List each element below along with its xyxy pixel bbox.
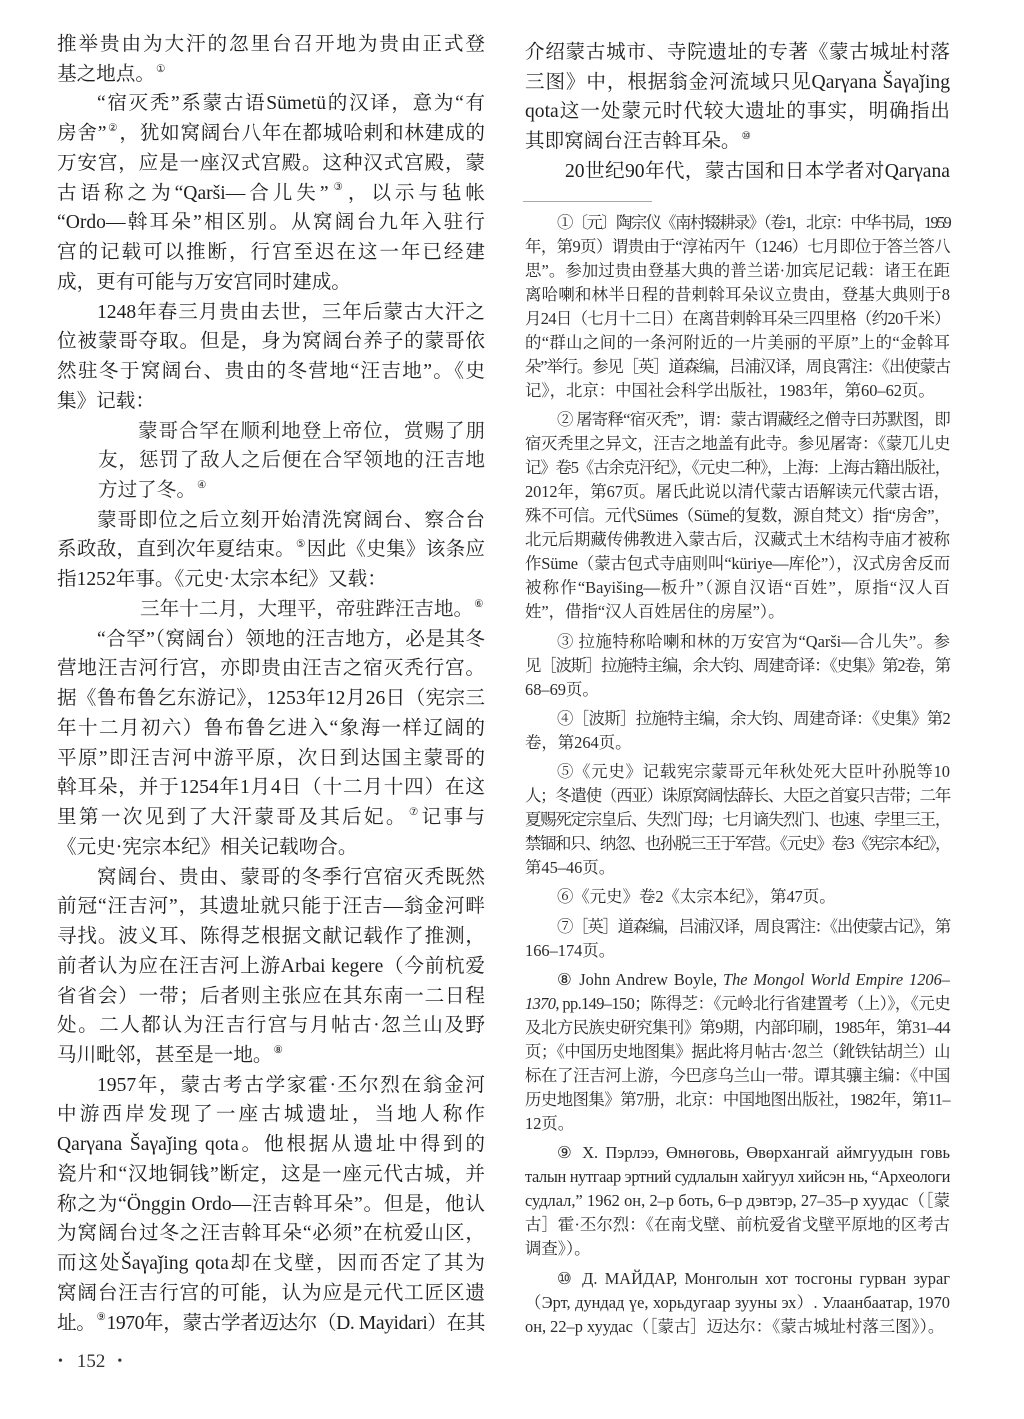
line-text: 〔元〕陶宗仪《南村辍耕录》（卷1，北京：中华书局，1959 [572,213,950,232]
text-line: ⑧ John Andrew Boyle, The Mongol World Em… [525,968,950,992]
text-line: 殊不可信。元代Sümes（Süme的复数，源自梵文）指“房舍”， [525,504,950,528]
text-line: 记》，北京：中国社会科学出版社，1983年，第60–62页。 [525,379,950,403]
line-text: qota这一处蒙元时代较大遗址的事实，明确指出 [525,101,950,122]
line-text: 12页。 [525,1114,574,1133]
line-text: 卷，第264页。 [525,733,632,752]
body-paragraph: “合罕”（窝阔台）领地的汪吉地方，必是其冬 营地汪吉河行宫，亦即贵由汪吉之宿灭秃… [57,625,485,863]
line-text: John Andrew Boyle, [573,970,723,989]
bullet-decoration: • [58,1354,63,1369]
line-text: 斡耳朵，并于1254年1月4日（十二月十四）在这 [57,777,485,798]
line-text: 处。二人都认为汪吉行宫与月帖古·忽兰山及野 [57,1015,485,1036]
footnote-reference: ⑧ [274,1045,283,1056]
footnote-reference: ① [156,64,165,75]
line-text: 见［波斯］拉施特主编，余大钧、周建奇译：《史集》第2卷，第 [525,656,950,675]
line-text: 推举贵由为大汗的忽里台召开地为贵由正式登 [57,34,485,55]
text-line: 称之为“Önggin Ordo—汪吉斡耳朵”。但是，他认 [57,1190,485,1220]
text-line: 年，第9页）谓贵由于“淳祐丙午（1246）七月即位于答兰答八 [525,235,950,259]
text-line: талын нутгаар эртний судлалын хайгуул хи… [525,1165,950,1189]
footnote: ⑥《元史》卷2《太宗本纪》，第47页。 [525,885,950,909]
text-line: 窝阔台汪吉行宫的可能，认为应是元代工匠区遗 [57,1279,485,1309]
line-text: 瓷片和“汉地铜钱”断定，这是一座元代古城，并 [57,1164,485,1185]
line-text: 宫的记载可以推断，行宫至迟在这一年已经建 [57,242,485,263]
footnote: ④［波斯］拉施特主编，余大钧、周建奇译：《史集》第2 卷，第264页。 [525,707,950,755]
line-text: 《元史·宪宗本纪》相关记载吻合。 [57,837,357,858]
book-title-italic: 1370 [525,994,555,1013]
text-line: 址。⑨1970年，蒙古学者迈达尔（D. Mayidari）在其 [57,1309,485,1339]
footnote-reference: ④ [197,480,206,491]
line-text: 记事与 [422,807,485,828]
text-line: 万安宫，应是一座汉式宫殿。这种汉式宫殿，蒙 [57,149,485,179]
footnote: ①〔元〕陶宗仪《南村辍耕录》（卷1，北京：中华书局，1959 年，第9页）谓贵由… [525,211,950,403]
line-text: 标在了汪吉河上游，今巴彦乌兰山一带。谭其骧主编：《中国 [525,1066,950,1085]
text-line: 系政敌，直到次年夏结束。⑤因此《史集》该条应 [57,535,485,565]
line-text: 三图》中，根据翁金河流域只见Qarγana Šaγaǰing [525,72,950,93]
footnote: ⑨ Х. Пэрлээ, Өмнөговь, Өвөрхангай аймгуу… [525,1141,950,1261]
line-text: 页；《中国历史地图集》据此将月帖古·忽兰（鈋铁钴胡兰）山 [525,1042,950,1061]
line-text: 年十二月初六）鲁布鲁乞进入“象海一样辽阔的 [57,718,485,739]
text-line: 蒙哥合罕在顺利地登上帝位，赏赐了朋 [57,417,485,447]
line-text: 营地汪吉河行宫，亦即贵由汪吉之宿灭秃行宫。 [57,658,485,679]
footnote-reference: ③ [330,182,347,193]
text-line: 前者认为应在汪吉河上游Arbai kegere（今前杭爱 [57,952,485,982]
text-line: 思”。参加过贵由登基大典的普兰诺·加宾尼记载：诸王在距 [525,259,950,283]
line-text: 《元史》卷2《太宗本纪》，第47页。 [573,887,835,906]
text-line: 推举贵由为大汗的忽里台召开地为贵由正式登 [57,30,485,60]
text-line: 房舍”②，犹如窝阔台八年在都城哈剌和林建成的 [57,119,485,149]
text-line: 12页。 [525,1112,950,1136]
line-text: 房舍” [57,123,106,144]
line-text: 及北方民族史研究集刊》第9期，内部印刷，1985年，第31–44 [525,1018,950,1037]
line-text: “宿灭秃”系蒙古语Sümetü的汉译，意为“有 [97,93,485,114]
text-line: qota这一处蒙元时代较大遗址的事实，明确指出 [525,97,950,127]
line-text: талын нутгаар эртний судлалын хайгуул хи… [525,1167,950,1186]
text-line: 作Süme（蒙古包式寺庙则叫“küriye—库伦”），汉式房舍反而 [525,552,950,576]
line-text: 省省会）一带；后者则主张应在其东南一二日程 [57,986,485,1007]
line-text: 寻找。波义耳、陈得芝根据文献记载作了推测， [57,926,485,947]
page-number: •152• [58,1350,122,1374]
line-text: 前冠“汪吉河”，其遗址就只能于汪吉—翁金河畔 [57,896,485,917]
text-line: 标在了汪吉河上游，今巴彦乌兰山一带。谭其骧主编：《中国 [525,1064,950,1088]
line-text: 三年十二月，大理平，帝驻跸汪吉地。 [140,599,473,620]
line-text: 前者认为应在汪吉河上游Arbai kegere（今前杭爱 [57,956,485,977]
text-line: 1248年春三月贵由去世，三年后蒙古大汗之 [57,298,485,328]
text-line: ⑤《元史》记载宪宗蒙哥元年秋处死大臣叶孙脱等10 [525,760,950,784]
text-line: 朵”举行。参见［英］道森编，吕浦汉译，周良霄注：《出使蒙古 [525,355,950,379]
text-line: ② 屠寄释“宿灭秃”，谓：蒙古谓藏经之僧寺曰苏默图，即 [525,408,950,432]
line-text: 的“群山之间的一条河附近的一片美丽的平原”上的“金斡耳 [525,333,950,352]
line-text: 马川毗邻，甚至是一地。 [57,1045,273,1066]
line-text: 拉施特称哈喇和林的万安宫为“Qarši—合儿失”。参 [574,632,950,651]
line-text: 1957年，蒙古考古学家霍·丕尔烈在翁金河 [97,1075,485,1096]
text-line: 68–69页。 [525,678,950,702]
text-line: 省省会）一带；后者则主张应在其东南一二日程 [57,982,485,1012]
line-text: судлал,” 1962 он, 2–р боть, 6–р дэвтэр, … [525,1191,950,1210]
body-paragraph: 介绍蒙古城市、寺院遗址的专著《蒙古城址村落 三图》中，根据翁金河流域只见Qarγ… [525,38,950,157]
line-text: 其即窝阔台汪吉斡耳朵。 [525,131,741,152]
line-text: 称之为“Önggin Ordo—汪吉斡耳朵”。但是，他认 [57,1194,485,1215]
text-line: 离哈喇和林半日程的昔剌斡耳朵议立贵由，登基大典则于8 [525,283,950,307]
text-line: 中游西岸发现了一座古城遗址，当地人称作 [57,1100,485,1130]
text-line: 瓷片和“汉地铜钱”断定，这是一座元代古城，并 [57,1160,485,1190]
text-line: он, 22–р хуудас（［蒙古］迈达尔：《蒙古城址村落三图》）。 [525,1315,950,1339]
text-line: 20世纪90年代，蒙古国和日本学者对Qarγana [525,157,950,187]
line-text: 记》卷5《古余克汗纪》，《元史二种》，上海：上海古籍出版社， [525,458,950,477]
text-line: ④［波斯］拉施特主编，余大钧、周建奇译：《史集》第2 [525,707,950,731]
footnote-marker: ⑤ [557,762,574,781]
line-text: 月24日（七月十二日）在离昔剌斡耳朵三四里格（约20千米） [525,309,950,328]
line-text: 友，惩罚了敌人之后便在合罕领地的汪吉地 [98,450,485,471]
footnote-marker: ④ [557,709,573,728]
text-line: 古语称之为“Qarši—合儿失”③，以示与毡帐 [57,179,485,209]
line-text: он, 22–р хуудас（［蒙古］迈达尔：《蒙古城址村落三图》）。 [525,1317,944,1336]
text-line: 被称作“Bayišing—板升”（源自汉语“百姓”，原指“汉人百 [525,576,950,600]
text-line: 宿灭秃里之异文，汪吉之地盖有此寺。参见屠寄：《蒙兀儿史 [525,432,950,456]
line-text: 调查》）。 [525,1239,591,1258]
text-line: 记》卷5《古余克汗纪》，《元史二种》，上海：上海古籍出版社， [525,456,950,480]
text-line: ①〔元〕陶宗仪《南村辍耕录》（卷1，北京：中华书局，1959 [525,211,950,235]
text-line: 姓”，借指“汉人百姓居住的房屋”）。 [525,600,950,624]
line-text: 位被蒙哥夺取。但是，身为窝阔台养子的蒙哥依 [57,331,485,352]
text-line: ⑩ Д. МАЙДАР, Монголын хот тосгоны гурван… [525,1267,950,1291]
body-paragraph: 窝阔台、贵由、蒙哥的冬季行宫宿灭秃既然 前冠“汪吉河”，其遗址就只能于汪吉—翁金… [57,863,485,1071]
line-text: 屠寄释“宿灭秃”，谓：蒙古谓藏经之僧寺曰苏默图，即 [573,410,950,429]
line-text: 朵”举行。参见［英］道森编，吕浦汉译，周良霄注：《出使蒙古 [525,357,950,376]
text-line: 1370, pp.149–150；陈得芝：《元岭北行省建置考（上）》，《元史 [525,992,950,1016]
footnote-marker: ③ [557,632,574,651]
text-line: 平原”即汪吉河中游平原，次日到达国主蒙哥的 [57,744,485,774]
line-text: 古语称之为“Qarši—合儿失” [57,183,329,204]
text-line: 寻找。波义耳、陈得芝根据文献记载作了推测， [57,922,485,952]
text-line: 马川毗邻，甚至是一地。⑧ [57,1041,485,1071]
line-text: 集》记载： [57,391,155,412]
footnote-reference: ⑥ [474,599,483,610]
footnote-marker: ② [557,410,573,429]
text-line: 据《鲁布鲁乞东游记》，1253年12月26日（宪宗三 [57,684,485,714]
line-text: “合罕”（窝阔台）领地的汪吉地方，必是其冬 [97,629,485,650]
footnote-reference: ⑨ [96,1312,105,1323]
line-text: 被称作“Bayišing—板升”（源自汉语“百姓”，原指“汉人百 [525,578,950,597]
text-line: ⑦［英］道森编，吕浦汉译，周良霄注：《出使蒙古记》，第 [525,915,950,939]
text-line: 历史地图集》第7册，北京：中国地图出版社，1982年，第11– [525,1088,950,1112]
text-line: 页；《中国历史地图集》据此将月帖古·忽兰（鈋铁钴胡兰）山 [525,1040,950,1064]
footnote-marker: ⑧ [557,970,573,989]
line-text: 殊不可信。元代Sümes（Süme的复数，源自梵文）指“房舍”， [525,506,950,525]
footnote-marker: ⑩ [557,1269,575,1288]
book-title-italic: The Mongol World Empire 1206– [723,970,950,989]
line-text: ，以示与毡帐 [348,183,485,204]
text-line: 见［波斯］拉施特主编，余大钧、周建奇译：《史集》第2卷，第 [525,654,950,678]
line-text: “Ordo—斡耳朵”相区别。从窝阔台九年入驻行 [57,212,485,233]
text-line: 处。二人都认为汪吉行宫与月帖古·忽兰山及野 [57,1011,485,1041]
line-text: （Эрт, дундад үе, хорьдугаар зууны эх）. У… [525,1293,950,1312]
footnote-marker: ① [557,213,572,232]
body-paragraph: 20世纪90年代，蒙古国和日本学者对Qarγana [525,157,950,187]
text-line: 方过了冬。④ [57,476,485,506]
text-line: 宫的记载可以推断，行宫至迟在这一年已经建 [57,238,485,268]
text-line: 及北方民族史研究集刊》第9期，内部印刷，1985年，第31–44 [525,1016,950,1040]
footnote-reference: ⑤ [296,539,306,550]
line-text: 平原”即汪吉河中游平原，次日到达国主蒙哥的 [57,748,485,769]
line-text: 为窝阔台过冬之汪吉斡耳朵“必须”在杭爱山区， [57,1223,485,1244]
line-text: 蒙哥合罕在顺利地登上帝位，赏赐了朋 [138,421,485,442]
text-line: ③ 拉施特称哈喇和林的万安宫为“Qarši—合儿失”。参 [525,630,950,654]
text-line: ⑥《元史》卷2《太宗本纪》，第47页。 [525,885,950,909]
text-line: 第45–46页。 [525,856,950,880]
block-quote: 蒙哥合罕在顺利地登上帝位，赏赐了朋 友，惩罚了敌人之后便在合罕领地的汪吉地 方过… [57,417,485,506]
footnote-marker: ⑦ [557,917,572,936]
footnote-marker: ⑥ [557,887,573,906]
footnote-marker: ⑨ [557,1143,575,1162]
line-text: 窝阔台、贵由、蒙哥的冬季行宫宿灭秃既然 [97,867,485,888]
line-text: Д. МАЙДАР, Монголын хот тосгоны гурван з… [575,1269,950,1288]
text-line: 然驻冬于窝阔台、贵由的冬营地“汪吉地”。《史 [57,357,485,387]
text-line: 营地汪吉河行宫，亦即贵由汪吉之宿灭秃行宫。 [57,654,485,684]
footnote: ③ 拉施特称哈喇和林的万安宫为“Qarši—合儿失”。参 见［波斯］拉施特主编，… [525,630,950,702]
line-text: 离哈喇和林半日程的昔剌斡耳朵议立贵由，登基大典则于8 [525,285,950,304]
line-text: 1248年春三月贵由去世，三年后蒙古大汗之 [97,302,485,323]
text-line: 三年十二月，大理平，帝驻跸汪吉地。⑥ [57,595,485,625]
block-quote: 三年十二月，大理平，帝驻跸汪吉地。⑥ [57,595,485,625]
footnote-reference: ② [107,123,118,134]
footnote: ⑧ John Andrew Boyle, The Mongol World Em… [525,968,950,1136]
line-text: 因此《史集》该条应 [307,539,485,560]
line-text: 年，第9页）谓贵由于“淳祐丙午（1246）七月即位于答兰答八 [525,237,950,256]
bullet-decoration: • [117,1354,122,1369]
text-line: Qarγana Šaγaǰing qota。他根据从遗址中得到的 [57,1130,485,1160]
line-text: 作Süme（蒙古包式寺庙则叫“küriye—库伦”），汉式房舍反而 [525,554,950,573]
text-line: 禁锢和只、纳忽、也孙脱三王于军营。《元史》卷3《宪宗本纪》， [525,832,950,856]
line-text: 北元后期藏传佛教进入蒙古后，汉藏式土木结构寺庙才被称 [525,530,950,549]
line-text: 宿灭秃里之异文，汪吉之地盖有此寺。参见屠寄：《蒙兀儿史 [525,434,950,453]
line-text: ，犹如窝阔台八年在都城哈剌和林建成的 [119,123,485,144]
text-line: судлал,” 1962 он, 2–р боть, 6–р дэвтэр, … [525,1189,950,1213]
text-line: 月24日（七月十二日）在离昔剌斡耳朵三四里格（约20千米） [525,307,950,331]
line-text: 里第一次见到了大汗蒙哥及其后妃。 [57,807,408,828]
text-line: 集》记载： [57,387,485,417]
text-line: 夏赐死定宗皇后、失烈门母；七月谪失烈门、也速、孛里三王， [525,808,950,832]
body-paragraph: 推举贵由为大汗的忽里台召开地为贵由正式登 基之地点。① [57,30,485,89]
line-text: 20世纪90年代，蒙古国和日本学者对Qarγana [565,161,950,182]
line-text: 禁锢和只、纳忽、也孙脱三王于军营。《元史》卷3《宪宗本纪》， [525,834,950,853]
text-line: “Ordo—斡耳朵”相区别。从窝阔台九年入驻行 [57,208,485,238]
text-line: 基之地点。① [57,60,485,90]
body-paragraph: “宿灭秃”系蒙古语Sümetü的汉译，意为“有 房舍”②，犹如窝阔台八年在都城哈… [57,89,485,297]
text-line: 卷，第264页。 [525,731,950,755]
text-line: （Эрт, дундад үе, хорьдугаар зууны эх）. У… [525,1291,950,1315]
body-paragraph: 1248年春三月贵由去世，三年后蒙古大汗之 位被蒙哥夺取。但是，身为窝阔台养子的… [57,298,485,417]
line-text: Х. Пэрлээ, Өмнөговь, Өвөрхангай аймгууды… [575,1143,950,1162]
text-line: 人；冬遣使（西亚）诛原窝阔怯薛长、大臣之首宴只吉带；二年 [525,784,950,808]
left-column: 推举贵由为大汗的忽里台召开地为贵由正式登 基之地点。① “宿灭秃”系蒙古语Süm… [57,30,485,1338]
page-number-value: 152 [77,1351,106,1372]
line-text: 《元史》记载宪宗蒙哥元年秋处死大臣叶孙脱等10 [574,762,950,781]
body-paragraph: 蒙哥即位之后立刻开始清洗窝阔台、察合台 系政敌，直到次年夏结束。⑤因此《史集》该… [57,506,485,595]
text-line: 而这处Šaγaǰing qota却在戈壁，因而否定了其为 [57,1249,485,1279]
line-text: 万安宫，应是一座汉式宫殿。这种汉式宫殿，蒙 [57,153,485,174]
right-column-body: 介绍蒙古城市、寺院遗址的专著《蒙古城址村落 三图》中，根据翁金河流域只见Qarγ… [525,38,950,187]
footnote-separator-rule [523,201,652,202]
line-text: 历史地图集》第7册，北京：中国地图出版社，1982年，第11– [525,1090,950,1109]
text-line: 其即窝阔台汪吉斡耳朵。⑩ [525,127,950,157]
text-line: 166–174页。 [525,939,950,963]
line-text: , pp.149–150；陈得芝：《元岭北行省建置考（上）》，《元史 [555,994,950,1013]
footnote: ② 屠寄释“宿灭秃”，谓：蒙古谓藏经之僧寺曰苏默图，即 宿灭秃里之异文，汪吉之地… [525,408,950,624]
text-line: 年十二月初六）鲁布鲁乞进入“象海一样辽阔的 [57,714,485,744]
line-text: 2012年，第67页。屠氏此说以清代蒙古语解读元代蒙古语， [525,482,950,501]
text-line: 三图》中，根据翁金河流域只见Qarγana Šaγaǰing [525,68,950,98]
line-text: 人；冬遣使（西亚）诛原窝阔怯薛长、大臣之首宴只吉带；二年 [525,786,950,805]
text-line: 斡耳朵，并于1254年1月4日（十二月十四）在这 [57,773,485,803]
text-line: 调查》）。 [525,1237,950,1261]
line-text: 成，更有可能与万安宫同时建成。 [57,272,351,293]
line-text: 思”。参加过贵由登基大典的普兰诺·加宾尼记载：诸王在距 [525,261,950,280]
text-line: 蒙哥即位之后立刻开始清洗窝阔台、察合台 [57,506,485,536]
line-text: 68–69页。 [525,680,599,699]
line-text: 系政敌，直到次年夏结束。 [57,539,295,560]
footnote: ⑦［英］道森编，吕浦汉译，周良霄注：《出使蒙古记》，第 166–174页。 [525,915,950,963]
text-line: 《元史·宪宗本纪》相关记载吻合。 [57,833,485,863]
line-text: ［英］道森编，吕浦汉译，周良霄注：《出使蒙古记》，第 [572,917,950,936]
text-line: “合罕”（窝阔台）领地的汪吉地方，必是其冬 [57,625,485,655]
text-line: 古］霍·丕尔烈：《在南戈壁、前杭爱省戈壁平原地的区考古 [525,1213,950,1237]
text-line: “宿灭秃”系蒙古语Sümetü的汉译，意为“有 [57,89,485,119]
line-text: 据《鲁布鲁乞东游记》，1253年12月26日（宪宗三 [57,688,485,709]
text-line: 窝阔台、贵由、蒙哥的冬季行宫宿灭秃既然 [57,863,485,893]
text-line: 的“群山之间的一条河附近的一片美丽的平原”上的“金斡耳 [525,331,950,355]
body-paragraph: 1957年，蒙古考古学家霍·丕尔烈在翁金河 中游西岸发现了一座古城遗址，当地人称… [57,1071,485,1339]
line-text: 1970年，蒙古学者迈达尔（D. Mayidari）在其 [106,1313,485,1334]
text-line: 1957年，蒙古考古学家霍·丕尔烈在翁金河 [57,1071,485,1101]
line-text: 而这处Šaγaǰing qota却在戈壁，因而否定了其为 [57,1253,485,1274]
footnote-reference: ⑩ [742,131,751,142]
text-line: 北元后期藏传佛教进入蒙古后，汉藏式土木结构寺庙才被称 [525,528,950,552]
footnote: ⑩ Д. МАЙДАР, Монголын хот тосгоны гурван… [525,1267,950,1339]
text-line: 里第一次见到了大汗蒙哥及其后妃。⑦记事与 [57,803,485,833]
line-text: 蒙哥即位之后立刻开始清洗窝阔台、察合台 [97,510,485,531]
line-text: 方过了冬。 [98,480,196,501]
text-line: 介绍蒙古城市、寺院遗址的专著《蒙古城址村落 [525,38,950,68]
line-text: 基之地点。 [57,64,155,85]
text-line: 位被蒙哥夺取。但是，身为窝阔台养子的蒙哥依 [57,327,485,357]
footnote-reference: ⑦ [409,807,421,818]
line-text: 址。 [57,1313,95,1334]
text-line: 友，惩罚了敌人之后便在合罕领地的汪吉地 [57,446,485,476]
footnote: ⑤《元史》记载宪宗蒙哥元年秋处死大臣叶孙脱等10 人；冬遣使（西亚）诛原窝阔怯薛… [525,760,950,880]
text-line: 2012年，第67页。屠氏此说以清代蒙古语解读元代蒙古语， [525,480,950,504]
text-line: 前冠“汪吉河”，其遗址就只能于汪吉—翁金河畔 [57,892,485,922]
line-text: 中游西岸发现了一座古城遗址，当地人称作 [57,1104,485,1125]
text-line: 为窝阔台过冬之汪吉斡耳朵“必须”在杭爱山区， [57,1219,485,1249]
line-text: Qarγana Šaγaǰing qota。他根据从遗址中得到的 [57,1134,485,1155]
line-text: 第45–46页。 [525,858,615,877]
text-line: 成，更有可能与万安宫同时建成。 [57,268,485,298]
line-text: 166–174页。 [525,941,615,960]
line-text: ［波斯］拉施特主编，余大钧、周建奇译：《史集》第2 [573,709,950,728]
footnotes: ①〔元〕陶宗仪《南村辍耕录》（卷1，北京：中华书局，1959 年，第9页）谓贵由… [525,211,950,1339]
line-text: 姓”，借指“汉人百姓居住的房屋”）。 [525,602,784,621]
line-text: 古］霍·丕尔烈：《在南戈壁、前杭爱省戈壁平原地的区考古 [525,1215,950,1234]
text-line: ⑨ Х. Пэрлээ, Өмнөговь, Өвөрхангай аймгуу… [525,1141,950,1165]
line-text: 指1252年事。《元史·太宗本纪》又载： [57,569,387,590]
line-text: 记》，北京：中国社会科学出版社，1983年，第60–62页。 [525,381,935,400]
text-line: 指1252年事。《元史·太宗本纪》又载： [57,565,485,595]
line-text: 然驻冬于窝阔台、贵由的冬营地“汪吉地”。《史 [57,361,485,382]
line-text: 窝阔台汪吉行宫的可能，认为应是元代工匠区遗 [57,1283,485,1304]
line-text: 介绍蒙古城市、寺院遗址的专著《蒙古城址村落 [525,42,950,63]
line-text: 夏赐死定宗皇后、失烈门母；七月谪失烈门、也速、孛里三王， [525,810,950,829]
